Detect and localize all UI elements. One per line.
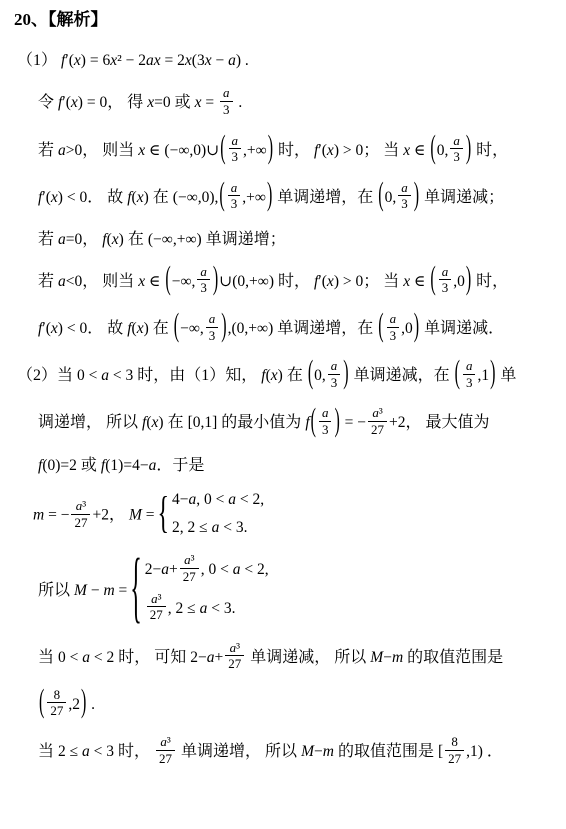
text-run: 或: [77, 457, 101, 474]
math-run: x ∈: [138, 273, 164, 290]
math-run: f′(x) > 0: [314, 141, 363, 158]
cases-rows: 2−a+a³27, 0 < a < 2,a³27, 2 ≤ a < 3.: [145, 554, 269, 624]
solution-line: 当 0 < a < 2 时， 可知 2−a+a³27 单调递减， 所以 M−m …: [38, 642, 562, 674]
solution-line: 若 a=0， f(x) 在 (−∞,+∞) 单调递增；: [38, 229, 562, 251]
math-run: M−m: [370, 648, 403, 665]
big-paren: (: [164, 258, 171, 302]
big-paren: ): [212, 258, 219, 302]
text-run: 时，: [472, 141, 508, 158]
fraction-numerator: a³: [180, 552, 199, 569]
text-run: 的取值范围是: [403, 648, 503, 665]
fraction-numerator: a: [319, 405, 332, 422]
fraction-denominator: 3: [319, 422, 332, 438]
fraction-numerator: a³: [71, 498, 90, 515]
text-run: 单调递增，在: [273, 188, 377, 205]
cases-row: 2−a+a³27, 0 < a < 2,: [145, 554, 269, 586]
math-run: f′(x) < 0: [38, 320, 87, 337]
fraction-numerator: a: [398, 180, 411, 197]
cases-brace: {: [130, 550, 142, 629]
fraction: 827: [445, 734, 464, 766]
solution-line: f(0)=2 或 f(1)=4−a．于是: [38, 455, 562, 477]
math-run: f(x): [102, 231, 124, 248]
text-run: 时，: [274, 273, 314, 290]
math-run: f(1)=4−a: [101, 457, 156, 474]
text-run: 若: [38, 273, 58, 290]
big-paren: (: [307, 352, 314, 396]
fraction: a3: [439, 264, 452, 296]
fraction: a3: [197, 264, 210, 296]
fraction-numerator: a: [197, 264, 210, 281]
fraction-denominator: 27: [225, 656, 244, 672]
solution-line: 若 a>0， 则当 x ∈ (−∞,0)∪(a3,+∞) 时， f′(x) > …: [38, 135, 562, 167]
text-run: ． 故: [87, 320, 127, 337]
text-run: ， 最大值为: [406, 414, 490, 431]
cases-row: a³27, 2 ≤ a < 3.: [145, 593, 236, 625]
math-run: 0,: [437, 141, 449, 158]
solution-line: 若 a<0， 则当 x ∈ (−∞,a3)∪(0,+∞) 时， f′(x) > …: [38, 266, 562, 298]
fraction-numerator: a: [328, 358, 341, 375]
fraction-denominator: 27: [445, 751, 464, 767]
fraction: a3: [450, 133, 463, 165]
math-run: .: [87, 696, 95, 713]
math-run: 0,: [314, 367, 326, 384]
big-paren: (: [38, 681, 45, 725]
math-run: x =: [195, 94, 218, 111]
big-paren: (: [377, 305, 384, 349]
math-run: = −: [341, 414, 366, 431]
fraction-denominator: 27: [47, 703, 66, 719]
fraction: 827: [47, 687, 66, 719]
math-run: .: [235, 94, 243, 111]
big-paren: ): [266, 174, 273, 218]
big-paren: (: [310, 399, 317, 443]
math-run: f′(x) > 0: [314, 273, 363, 290]
text-run: 时， 可知: [114, 648, 190, 665]
math-run: ,1: [477, 367, 489, 384]
math-run: ,0: [453, 273, 465, 290]
fraction-numerator: a³: [156, 734, 175, 751]
text-run: （2）当: [17, 367, 77, 384]
fraction: a3: [206, 311, 219, 343]
fraction-denominator: 3: [328, 375, 341, 391]
math-run: ,1): [466, 743, 483, 760]
fraction: a³27: [71, 498, 90, 530]
fraction-numerator: a³: [368, 405, 387, 422]
math-run: , 2 ≤ a < 3.: [168, 599, 236, 616]
text-run: 在: [164, 414, 188, 431]
solution-document: 20、【解析】 （1） f′(x) = 6x² − 2ax = 2x(3x − …: [0, 0, 566, 768]
text-run: ．于是: [156, 457, 204, 474]
text-run: 在: [124, 231, 148, 248]
math-run: f′(x) = 0: [58, 94, 107, 111]
cases-group: {2−a+a³27, 0 < a < 2,a³27, 2 ≤ a < 3.: [130, 554, 268, 624]
math-run: [: [438, 743, 443, 760]
text-run: 当: [38, 743, 58, 760]
fraction-numerator: 8: [47, 687, 66, 704]
math-run: x ∈: [403, 141, 429, 158]
math-run: x=0: [147, 94, 170, 111]
math-run: 2−a+: [145, 561, 178, 578]
fraction-numerator: a: [228, 180, 241, 197]
math-run: f′(x) < 0: [38, 188, 87, 205]
fraction-denominator: 27: [71, 515, 90, 531]
math-run: 0,: [385, 188, 397, 205]
math-run: [0,1]: [188, 414, 218, 431]
cases-rows: 4−a, 0 < a < 2,2, 2 ≤ a < 3.: [172, 489, 264, 539]
big-paren: ): [220, 305, 227, 349]
fraction: a³27: [147, 591, 166, 623]
solution-line: （1） f′(x) = 6x² − 2ax = 2x(3x − a) .: [17, 50, 562, 72]
fraction: a3: [387, 311, 400, 343]
fraction: a³27: [180, 552, 199, 584]
math-run: ,0: [401, 320, 413, 337]
big-paren: ): [489, 352, 496, 396]
text-run: 若: [38, 231, 58, 248]
math-run: x ∈: [403, 273, 429, 290]
text-run: 时，: [472, 273, 508, 290]
fraction: a3: [398, 180, 411, 212]
math-run: ,(0,+∞): [228, 320, 274, 337]
fraction-denominator: 3: [228, 196, 241, 212]
solution-body: （1） f′(x) = 6x² − 2ax = 2x(3x − a) .令 f′…: [0, 50, 562, 768]
math-run: M =: [129, 507, 155, 524]
text-run: ．: [483, 743, 503, 760]
fraction: a³27: [225, 640, 244, 672]
text-run: 令: [38, 94, 58, 111]
solution-line: f′(x) < 0． 故 f(x) 在 (−∞,a3),(0,+∞) 单调递增，…: [38, 313, 562, 345]
big-paren: ): [342, 352, 349, 396]
text-run: 当: [38, 648, 58, 665]
big-paren: (: [429, 258, 436, 302]
text-run: 单调递增，在: [273, 320, 377, 337]
big-paren: ): [465, 258, 472, 302]
big-paren: (: [377, 174, 384, 218]
big-paren: (: [219, 126, 226, 170]
math-run: −∞,: [172, 273, 196, 290]
text-run: ； 当: [363, 273, 403, 290]
solution-line: (827,2) .: [38, 689, 562, 721]
math-run: f(x): [127, 320, 149, 337]
fraction-denominator: 3: [206, 328, 219, 344]
text-run: 单调递减；: [420, 188, 504, 205]
math-run: 2 ≤ a < 3: [58, 743, 114, 760]
fraction-denominator: 3: [450, 149, 463, 165]
text-run: ，: [109, 507, 129, 524]
math-run: a=0: [58, 231, 82, 248]
math-run: 0 < a < 2: [58, 648, 114, 665]
fraction: a3: [463, 358, 476, 390]
text-run: 单: [496, 367, 516, 384]
fraction-denominator: 3: [398, 196, 411, 212]
fraction-numerator: 8: [445, 734, 464, 751]
math-run: 2, 2 ≤ a < 3.: [172, 519, 247, 536]
text-run: ； 当: [363, 141, 403, 158]
fraction-denominator: 3: [197, 280, 210, 296]
fraction-numerator: a: [439, 264, 452, 281]
fraction: a³27: [156, 734, 175, 766]
fraction-denominator: 3: [229, 149, 242, 165]
math-run: ,+∞: [243, 141, 267, 158]
fraction-denominator: 27: [180, 569, 199, 585]
solution-line: m = −a³27+2， M ={4−a, 0 < a < 2,2, 2 ≤ a…: [33, 491, 562, 541]
text-run: 单调递减， 所以: [246, 648, 370, 665]
math-run: M−m: [301, 743, 334, 760]
solution-line: f′(x) < 0． 故 f(x) 在 (−∞,0),(a3,+∞) 单调递增，…: [38, 182, 562, 214]
fraction-denominator: 3: [220, 102, 233, 118]
cases-row: 2, 2 ≤ a < 3.: [172, 517, 247, 539]
text-run: ． 故: [87, 188, 127, 205]
math-run: f′(x) = 6x² − 2ax = 2x(3x − a) .: [61, 52, 249, 69]
math-run: , 0 < a < 2,: [201, 561, 269, 578]
math-run: 0 < a < 3: [77, 367, 133, 384]
big-paren: ): [333, 399, 340, 443]
page-title: 20、【解析】: [14, 10, 562, 30]
fraction-numerator: a: [387, 311, 400, 328]
text-run: 单调递减，在: [350, 367, 454, 384]
text-run: 时，: [114, 743, 154, 760]
solution-line: 当 2 ≤ a < 3 时， a³27 单调递增， 所以 M−m 的取值范围是 …: [38, 736, 562, 768]
fraction-denominator: 3: [439, 280, 452, 296]
cases-group: {4−a, 0 < a < 2,2, 2 ≤ a < 3.: [158, 489, 265, 539]
math-run: f(x): [127, 188, 149, 205]
math-run: M − m =: [74, 582, 127, 599]
cases-brace: {: [158, 492, 170, 537]
cases-row: 4−a, 0 < a < 2,: [172, 489, 264, 511]
fraction-numerator: a: [206, 311, 219, 328]
text-run: 若: [38, 141, 58, 158]
fraction-denominator: 27: [147, 607, 166, 623]
big-paren: ): [413, 305, 420, 349]
math-run: ∪(0,+∞): [219, 273, 274, 290]
text-run: 调递增， 所以: [38, 414, 142, 431]
math-run: f(x): [142, 414, 164, 431]
fraction-numerator: a: [450, 133, 463, 150]
math-run: f(x): [261, 367, 283, 384]
text-run: 或: [171, 94, 195, 111]
fraction-numerator: a³: [225, 640, 244, 657]
big-paren: (: [218, 174, 225, 218]
math-run: +2: [92, 507, 109, 524]
text-run: 时，由（1）知，: [133, 367, 261, 384]
fraction: a3: [328, 358, 341, 390]
text-run: 单调递增；: [202, 231, 286, 248]
math-run: (−∞,0),: [173, 188, 219, 205]
text-run: 单调递增， 所以: [177, 743, 301, 760]
fraction: a3: [319, 405, 332, 437]
big-paren: (: [173, 305, 180, 349]
solution-line: 调递增， 所以 f(x) 在 [0,1] 的最小值为 f(a3) = −a³27…: [38, 407, 562, 439]
fraction-numerator: a: [220, 85, 233, 102]
math-run: m = −: [33, 507, 69, 524]
text-run: ， 则当: [82, 141, 138, 158]
text-run: 在: [149, 188, 173, 205]
text-run: 在: [149, 320, 173, 337]
fraction: a3: [220, 85, 233, 117]
text-run: ， 得: [107, 94, 147, 111]
big-paren: ): [413, 174, 420, 218]
fraction-denominator: 3: [463, 375, 476, 391]
text-run: 时，: [274, 141, 314, 158]
solution-line: （2）当 0 < a < 3 时，由（1）知， f(x) 在 (0,a3) 单调…: [17, 360, 562, 392]
text-run: 单调递减．: [420, 320, 504, 337]
big-paren: ): [465, 126, 472, 170]
solution-line: 令 f′(x) = 0， 得 x=0 或 x = a3 .: [38, 87, 562, 119]
text-run: 的取值范围是: [334, 743, 438, 760]
big-paren: ): [80, 681, 87, 725]
fraction: a3: [229, 133, 242, 165]
fraction-denominator: 3: [387, 328, 400, 344]
math-run: x ∈ (−∞,0)∪: [138, 141, 219, 158]
fraction-denominator: 27: [368, 422, 387, 438]
math-run: ,+∞: [242, 188, 266, 205]
text-run: ，: [82, 231, 102, 248]
text-run: 的最小值为: [217, 414, 305, 431]
math-run: f(0)=2: [38, 457, 77, 474]
fraction-numerator: a: [463, 358, 476, 375]
text-run: （1）: [17, 52, 61, 69]
text-run: ， 则当: [82, 273, 138, 290]
text-run: 所以: [38, 582, 74, 599]
math-run: 2−a+: [190, 648, 223, 665]
math-run: +2: [389, 414, 406, 431]
big-paren: (: [429, 126, 436, 170]
math-run: a>0: [58, 141, 82, 158]
text-run: 在: [283, 367, 307, 384]
big-paren: (: [454, 352, 461, 396]
fraction: a3: [228, 180, 241, 212]
math-run: 4−a, 0 < a < 2,: [172, 491, 264, 508]
fraction: a³27: [368, 405, 387, 437]
big-paren: ): [267, 126, 274, 170]
fraction-denominator: 27: [156, 751, 175, 767]
math-run: a<0: [58, 273, 82, 290]
math-run: ,2: [68, 696, 80, 713]
math-run: −∞,: [180, 320, 204, 337]
fraction-numerator: a³: [147, 591, 166, 608]
solution-line: 所以 M − m ={2−a+a³27, 0 < a < 2,a³27, 2 ≤…: [38, 556, 562, 626]
fraction-numerator: a: [229, 133, 242, 150]
math-run: (−∞,+∞): [148, 231, 202, 248]
